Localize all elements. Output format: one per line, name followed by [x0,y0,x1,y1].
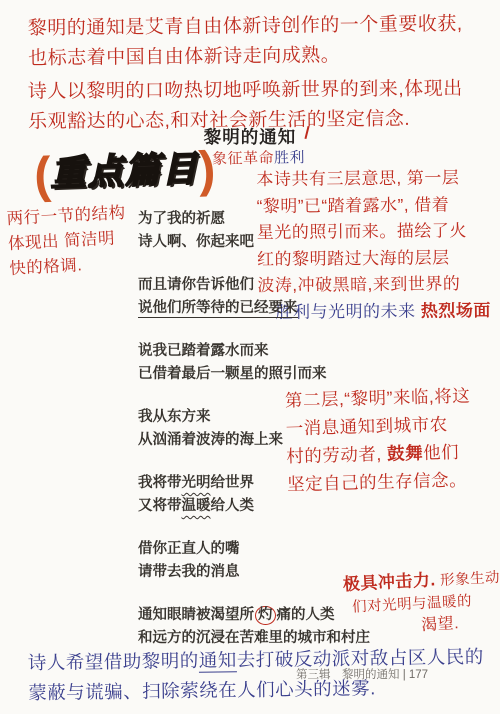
commentary-line: 黎明的通知是艾青自由体新诗创作的一个重要收获, [28,10,463,45]
annotation-line: 快的格调. [9,251,129,282]
wavy-underlined-word: 温暖 [182,498,211,514]
annotation-segment: 形象生动地表现了人 [435,566,500,589]
symbol-annotation: 象征革命胜利 [212,146,305,169]
poem-line: 请带去我的消息 [138,561,370,584]
key-article-stamp: (重点篇目) [33,141,216,200]
impact-annotation: 极具冲击力. 形象生动地表现了人 们对光明与温暖的 渴望. [342,562,500,641]
poem-line: 说他们所等待的已经要来 [138,297,370,320]
poem-line: 已借着最后一颗星的照引而来 [138,363,370,386]
poem-line-segment: 痛的人类 [277,607,335,623]
layer1-red-tail: 热烈场面 [421,300,491,320]
poem-stanza: 借你正直人的嘴 请带去我的消息 [138,538,370,584]
annotation-line: 诗人希望借助黎明的通知去打破反动派对敌占区人民的 [28,642,484,678]
symbol-annotation-red: 象征革命 [212,150,274,168]
emphasized-word: 鼓舞 [387,443,424,464]
annotation-line: 蒙蔽与谎骗、扫除萦绕在人们心头的迷雾. [28,672,484,708]
poem-stanza: 说我已踏着露水而来 已借着最后一颗星的照引而来 [138,340,370,386]
poem-line-segment: 通知眼睛被渴望所 [138,607,254,623]
symbol-annotation-blue: 胜利 [274,149,305,167]
underlined-word: 通知 [199,649,237,673]
commentary-line: 也标志着中国自由体新诗走向成熟。 [28,40,463,75]
poem-line: 通知眼睛被渴望所灼痛的人类 [138,604,370,627]
annotation-line: 坚定自己的生存信念。 [287,466,473,499]
stamp-open-paren: ( [33,147,52,204]
annotation-segment: 他们 [423,442,460,463]
conclusion-annotation: 诗人希望借助黎明的通知去打破反动派对敌占区人民的 蒙蔽与谎骗、扫除萦绕在人们心头… [28,642,485,708]
annotated-textbook-page: 黎明的通知是艾青自由体新诗创作的一个重要收获, 也标志着中国自由体新诗走向成熟。… [0,0,500,714]
emphasized-phrase: 极具冲击力. [342,570,436,594]
annotation-segment: 诗人希望借助黎明的 [28,650,199,673]
poem-line-segment: 给世界 [211,475,255,491]
poem-line: 为了我的祈愿 [138,208,370,231]
stamp-label: 重点篇目 [50,149,199,193]
red-circled-character: 灼 [255,606,276,625]
poem-stanza: 而且请你告诉他们 说他们所等待的已经要来 [138,274,370,320]
underlined-poem-line: 说他们所等待的已经要来 [138,300,298,318]
wavy-underlined-word: 光明 [182,475,211,491]
poem-line-segment: 给人类 [211,498,255,514]
annotation-segment: 村的劳动者, [286,444,387,467]
layer2-annotation: 第二层,“黎明”来临,将这 一消息通知到城市农 村的劳动者, 鼓舞他们 坚定自己… [285,382,473,499]
annotation-segment: 去打破反动派对敌占区人民的 [237,646,484,670]
structure-annotation: 两行一节的结构 体现出 简洁明 快的格调. [6,201,129,282]
poem-line: 又将带温暖给人类 [138,495,370,518]
top-commentary-part1: 黎明的通知是艾青自由体新诗创作的一个重要收获, 也标志着中国自由体新诗走向成熟。 [28,10,463,75]
poem-line-segment: 我将带 [138,475,182,491]
poem-line: 借你正直人的嘴 [138,538,370,561]
commentary-line: 诗人以黎明的口吻热切地呼唤新世界的到来,体现出 [28,74,463,107]
poem-line: 诗人啊、你起来吧 [138,231,370,254]
poem-line-segment: 又将带 [138,498,182,514]
poem-line: 而且请你告诉他们 [138,274,370,297]
poem-stanza: 为了我的祈愿 诗人啊、你起来吧 [138,208,370,254]
annotation-line: 本诗共有三层意思, 第一层 [256,165,489,194]
poem-line: 说我已踏着露水而来 [138,340,370,363]
